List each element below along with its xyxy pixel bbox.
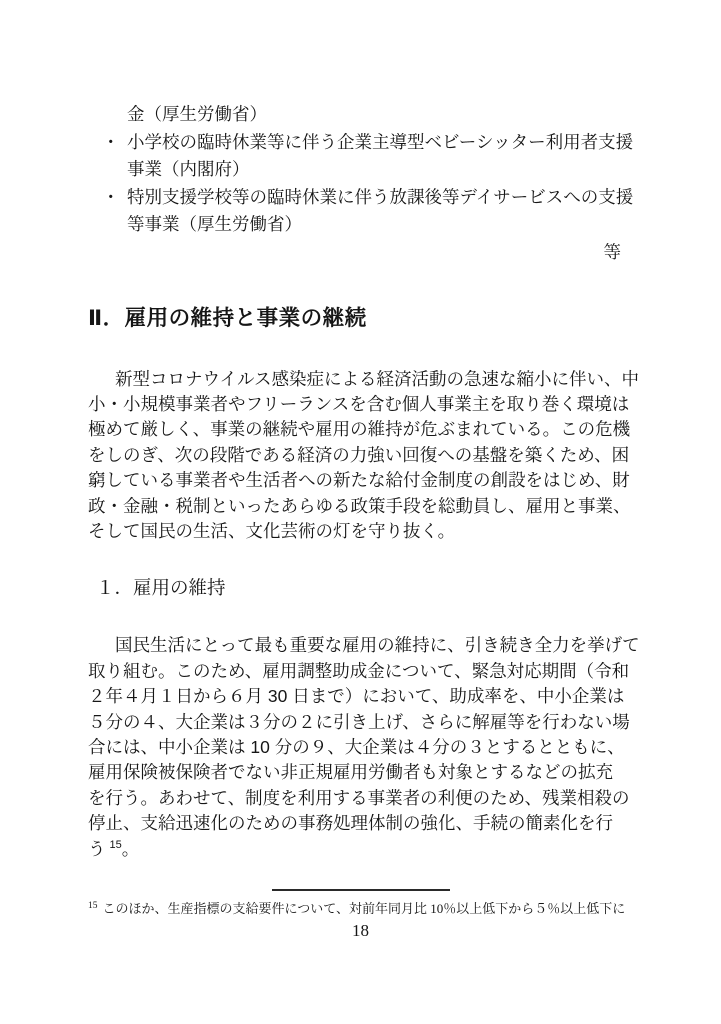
footnote: 15このほか、生産指標の支給要件について、対前年同月比 10％以上低下から５％以… bbox=[88, 899, 633, 918]
list-item-text: 特別支援学校等の臨時休業に伴う放課後等デイサービスへの支援等事業（厚生労働省） bbox=[127, 184, 633, 239]
bullet-icon: ・ bbox=[88, 129, 127, 157]
footnote-reference: 15 bbox=[110, 839, 122, 851]
document-page: 金（厚生労働省） ・ 小学校の臨時休業等に伴う企業主導型ベビーシッター利用者支援… bbox=[0, 0, 721, 1024]
paragraph: 国民生活にとって最も重要な雇用の維持に、引き続き全力を挙げて取り組む。このため、… bbox=[88, 633, 633, 862]
paragraph-lines: 新型コロナウイルス感染症による経済活動の急速な縮小に伴い、中小・小規模事業者やフ… bbox=[88, 367, 633, 545]
list-continuation-line: 金（厚生労働省） bbox=[88, 101, 633, 129]
list-item-text: 小学校の臨時休業等に伴う企業主導型ベビーシッター利用者支援事業（内閣府） bbox=[127, 129, 633, 184]
list-item: ・ 特別支援学校等の臨時休業に伴う放課後等デイサービスへの支援等事業（厚生労働省… bbox=[88, 184, 633, 239]
page-number: 18 bbox=[88, 921, 633, 941]
bullet-icon: ・ bbox=[88, 184, 127, 212]
subsection-heading: １．雇用の維持 bbox=[88, 574, 633, 601]
page-content: 金（厚生労働省） ・ 小学校の臨時休業等に伴う企業主導型ベビーシッター利用者支援… bbox=[0, 101, 721, 941]
footnote-marker: 15 bbox=[88, 901, 98, 911]
paragraph: 新型コロナウイルス感染症による経済活動の急速な縮小に伴い、中小・小規模事業者やフ… bbox=[88, 367, 633, 545]
paragraph-lines: 国民生活にとって最も重要な雇用の維持に、引き続き全力を挙げて取り組む。このため、… bbox=[88, 633, 633, 836]
list-item: ・ 小学校の臨時休業等に伴う企業主導型ベビーシッター利用者支援事業（内閣府） bbox=[88, 129, 633, 184]
footnote-text: このほか、生産指標の支給要件について、対前年同月比 10％以上低下から５％以上低… bbox=[103, 901, 626, 916]
program-list: 金（厚生労働省） ・ 小学校の臨時休業等に伴う企業主導型ベビーシッター利用者支援… bbox=[88, 101, 633, 267]
last-line-text: う bbox=[88, 839, 106, 859]
last-line-period: 。 bbox=[122, 839, 140, 859]
paragraph-last-line: う15。 bbox=[88, 837, 633, 862]
footnote-separator bbox=[272, 889, 450, 891]
section-heading: Ⅱ．雇用の維持と事業の継続 bbox=[88, 303, 633, 334]
etc-label: 等 bbox=[88, 239, 633, 267]
